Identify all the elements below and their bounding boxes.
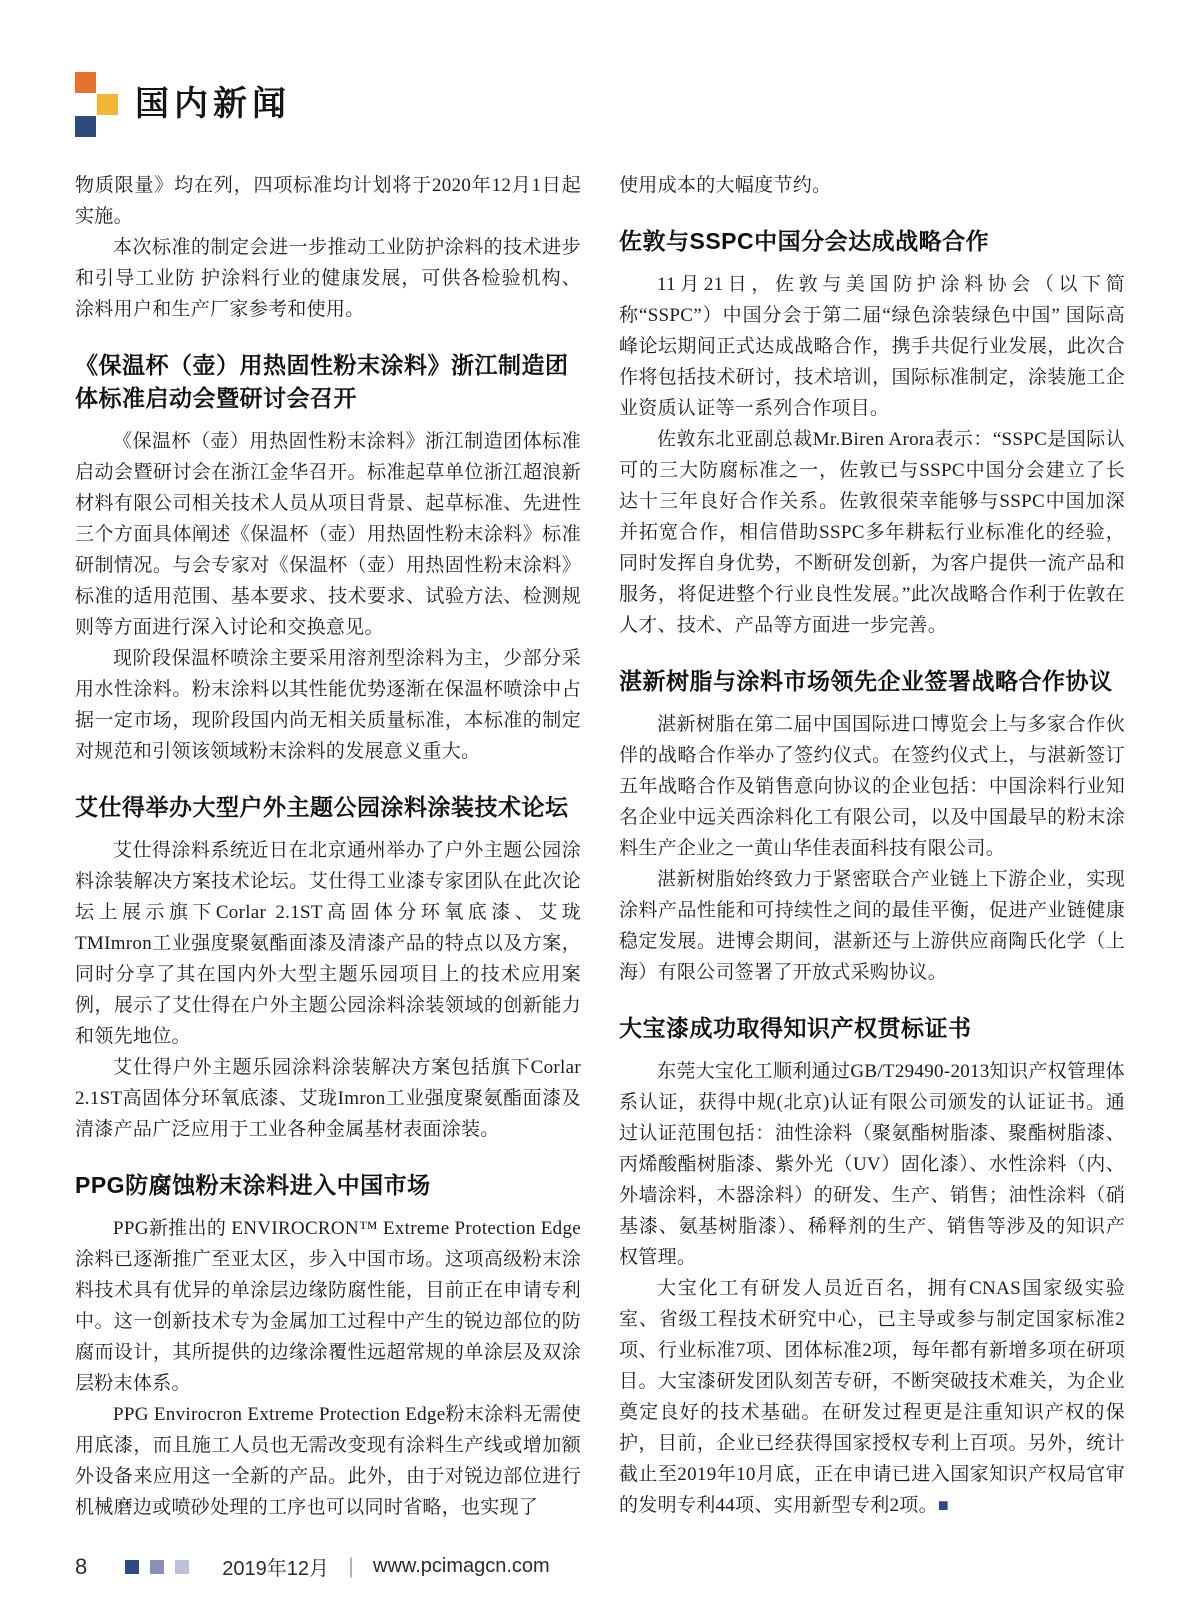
body-paragraph: PPG Envirocron Extreme Protection Edge粉末…: [75, 1399, 581, 1523]
logo-square-yellow-icon: [97, 94, 118, 115]
page-footer: 8 2019年12月 ｜ www.pcimagcn.com: [75, 1552, 1125, 1581]
body-paragraph: 11月21日，佐敦与美国防护涂料协会（以下简称“SSPC”）中国分会于第二届“绿…: [619, 269, 1125, 424]
body-paragraph: 佐敦东北亚副总裁Mr.Biren Arora表示：“SSPC是国际认可的三大防腐…: [619, 424, 1125, 641]
article-end-mark-icon: ■: [938, 1495, 949, 1515]
page-header: 国内新闻: [75, 72, 291, 136]
footer-square-medium-icon: [150, 1560, 164, 1574]
article-headline: 湛新树脂与涂料市场领先企业签署战略合作协议: [619, 665, 1125, 698]
page-number: 8: [75, 1554, 87, 1580]
article-headline: 《保温杯（壶）用热固性粉末涂料》浙江制造团体标准启动会暨研讨会召开: [75, 349, 581, 415]
article-columns: 物质限量》均在列，四项标准均计划将于2020年12月1日起实施。 本次标准的制定…: [75, 170, 1125, 1523]
paragraph-text: 大宝化工有研发人员近百名，拥有CNAS国家级实验室、省级工程技术研究中心，已主导…: [619, 1278, 1125, 1516]
footer-square-dark-icon: [125, 1560, 139, 1574]
article-headline: PPG防腐蚀粉末涂料进入中国市场: [75, 1169, 581, 1202]
logo-square-navy-icon: [75, 116, 96, 137]
logo-square-orange-icon: [75, 72, 96, 93]
body-paragraph: 大宝化工有研发人员近百名，拥有CNAS国家级实验室、省级工程技术研究中心，已主导…: [619, 1273, 1125, 1521]
magazine-page: 国内新闻 物质限量》均在列，四项标准均计划将于2020年12月1日起实施。 本次…: [0, 0, 1200, 1613]
right-column: 使用成本的大幅度节约。 佐敦与SSPC中国分会达成战略合作 11月21日，佐敦与…: [619, 170, 1125, 1523]
left-column: 物质限量》均在列，四项标准均计划将于2020年12月1日起实施。 本次标准的制定…: [75, 170, 581, 1523]
body-paragraph: PPG新推出的 ENVIROCRON™ Extreme Protection E…: [75, 1213, 581, 1399]
body-paragraph: 艾仕得涂料系统近日在北京通州举办了户外主题公园涂料涂装解决方案技术论坛。艾仕得工…: [75, 835, 581, 1052]
body-paragraph: 使用成本的大幅度节约。: [619, 170, 1125, 201]
footer-square-light-icon: [175, 1560, 189, 1574]
body-paragraph: 本次标准的制定会进一步推动工业防护涂料的技术进步和引导工业防 护涂料行业的健康发…: [75, 232, 581, 325]
footer-website: www.pcimagcn.com: [373, 1555, 550, 1578]
body-paragraph: 东莞大宝化工顺利通过GB/T29490-2013知识产权管理体系认证，获得中规(…: [619, 1056, 1125, 1273]
body-paragraph: 湛新树脂在第二届中国国际进口博览会上与多家合作伙伴的战略合作举办了签约仪式。在签…: [619, 709, 1125, 864]
body-paragraph: 湛新树脂始终致力于紧密联合产业链上下游企业，实现涂料产品性能和可持续性之间的最佳…: [619, 864, 1125, 988]
body-paragraph: 《保温杯（壶）用热固性粉末涂料》浙江制造团体标准启动会暨研讨会在浙江金华召开。标…: [75, 426, 581, 643]
magazine-logo-icon: [75, 72, 119, 136]
body-paragraph: 现阶段保温杯喷涂主要采用溶剂型涂料为主，少部分采用水性涂料。粉末涂料以其性能优势…: [75, 643, 581, 767]
footer-separator: ｜: [341, 1552, 361, 1581]
body-paragraph: 艾仕得户外主题乐园涂料涂装解决方案包括旗下Corlar 2.1ST高固体分环氧底…: [75, 1052, 581, 1145]
section-title: 国内新闻: [135, 87, 291, 121]
body-paragraph: 物质限量》均在列，四项标准均计划将于2020年12月1日起实施。: [75, 170, 581, 232]
article-headline: 佐敦与SSPC中国分会达成战略合作: [619, 225, 1125, 258]
footer-date: 2019年12月: [222, 1552, 329, 1581]
article-headline: 大宝漆成功取得知识产权贯标证书: [619, 1012, 1125, 1045]
article-headline: 艾仕得举办大型户外主题公园涂料涂装技术论坛: [75, 791, 581, 824]
